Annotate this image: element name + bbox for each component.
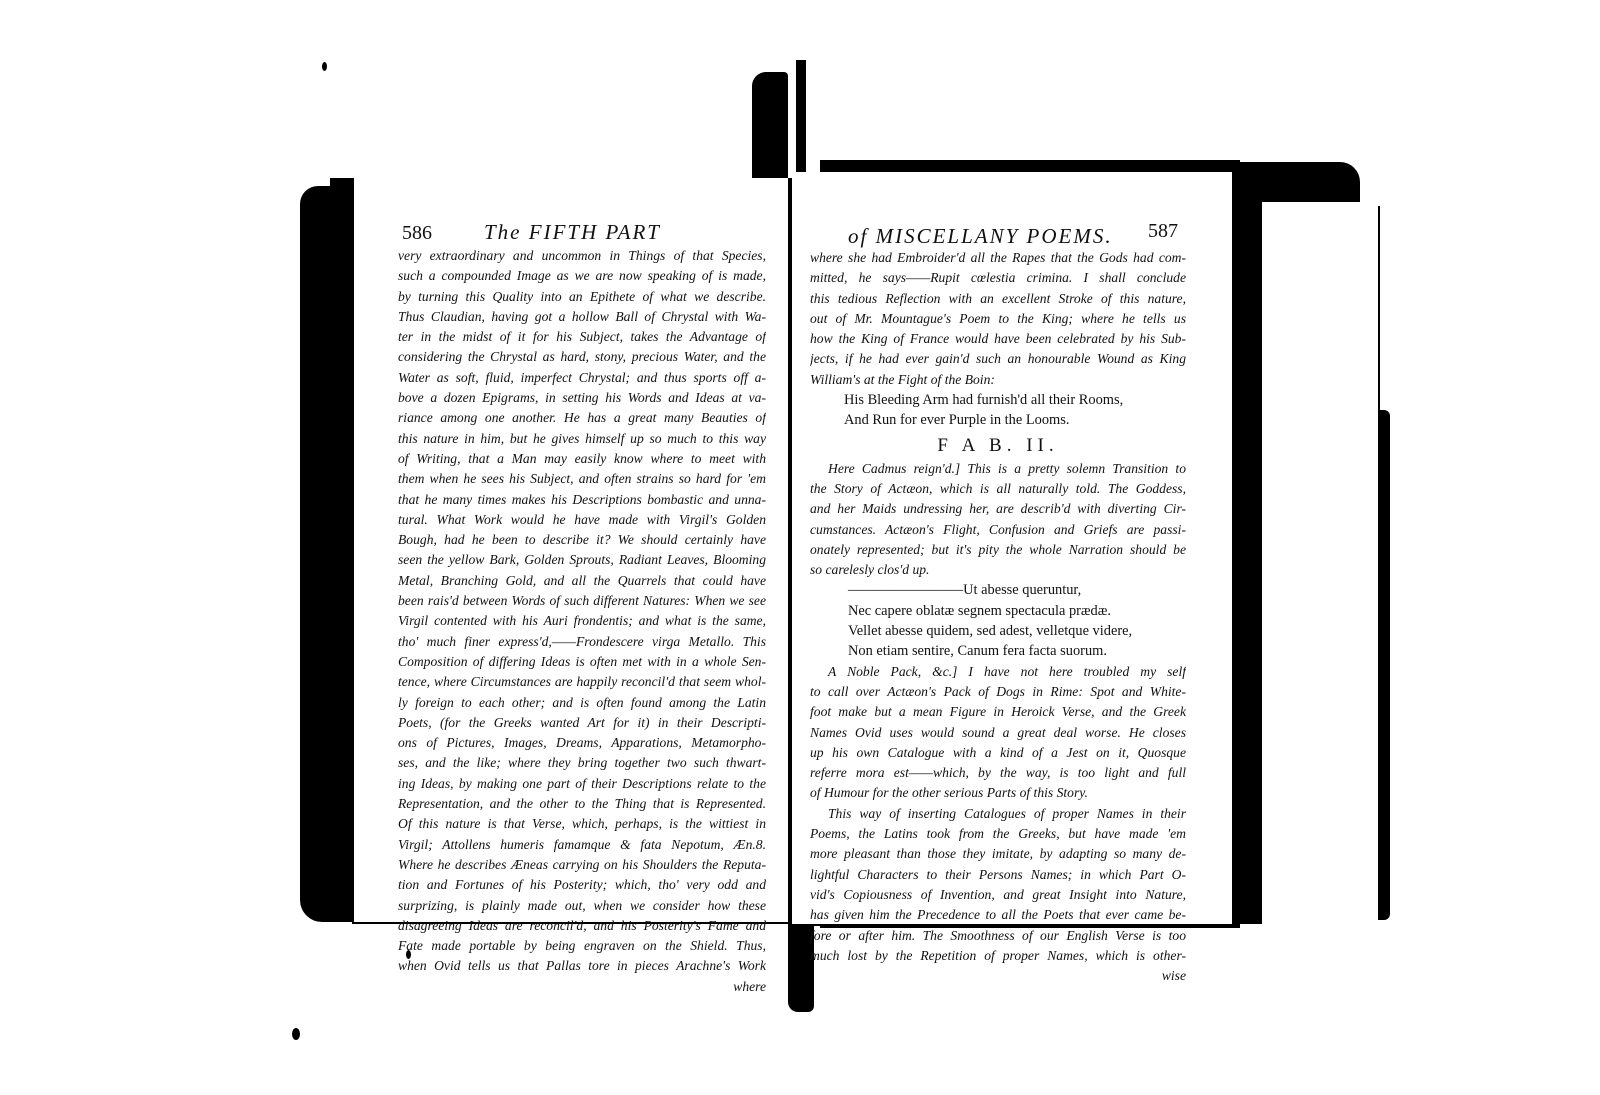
text-line: and her Maids undressing her, are descri… <box>810 499 1186 519</box>
text-line: fore or after him. The Smoothness of our… <box>810 926 1186 946</box>
text-line: tho' much finer express'd,——Frondescere … <box>398 632 766 652</box>
text-line: been rais'd between Words of such differ… <box>398 591 766 611</box>
text-line: up his own Catalogue with a kind of a Je… <box>810 743 1186 763</box>
text-line: to call over Actæon's Pack of Dogs in Ri… <box>810 682 1186 702</box>
catchword: where <box>398 977 766 997</box>
text-line: out of Mr. Mountague's Poem to the King;… <box>810 309 1186 329</box>
text-line: bove a dozen Epigrams, in setting his Wo… <box>398 388 766 408</box>
text-line: them when he sees his Subject, and often… <box>398 469 766 489</box>
text-line: mitted, he says——Rupit cœlestia crimina.… <box>810 268 1186 288</box>
text-line: that he many times makes his Description… <box>398 490 766 510</box>
text-line: Names Ovid uses would sound a great deal… <box>810 723 1186 743</box>
text-line: considering the Chrystal as hard, stony,… <box>398 347 766 367</box>
text-line: lightful Characters to their Persons Nam… <box>810 865 1186 885</box>
text-line: Fate made portable by being engraven on … <box>398 936 766 956</box>
text-line: much lost by the Repetition of proper Na… <box>810 946 1186 966</box>
section-heading: F A B. II. <box>810 431 1186 459</box>
text-line: vid's Copiousness of Invention, and grea… <box>810 885 1186 905</box>
text-line: Here Cadmus reign'd.] This is a pretty s… <box>810 459 1186 479</box>
text-line: A Noble Pack, &c.] I have not here troub… <box>810 662 1186 682</box>
text-line: cumstances. Actæon's Flight, Confusion a… <box>810 520 1186 540</box>
right-page-body: where she had Embroider'd all the Rapes … <box>810 248 1186 986</box>
text-line: Metal, Branching Gold, and all the Quarr… <box>398 571 766 591</box>
text-line: very extraordinary and uncommon in Thing… <box>398 246 766 266</box>
text-line: this tedious Reflection with an excellen… <box>810 289 1186 309</box>
text-line: referre mora est——which, by the way, is … <box>810 763 1186 783</box>
text-line: disagreeing Ideas are reconcil'd, and hi… <box>398 916 766 936</box>
text-line: foot make but a mean Figure in Heroick V… <box>810 702 1186 722</box>
right-cover-flap <box>1262 206 1380 920</box>
text-line: so carelesly clos'd up. <box>810 560 1186 580</box>
text-line: the Story of Actæon, which is all natura… <box>810 479 1186 499</box>
text-line: has given him the Precedence to all the … <box>810 905 1186 925</box>
right-page-number: 587 <box>1148 220 1178 243</box>
text-line: Virgil; Attollens humeris famamque & fat… <box>398 835 766 855</box>
left-page-body: very extraordinary and uncommon in Thing… <box>398 246 766 997</box>
text-line: this nature in him, but he gives himself… <box>398 429 766 449</box>
text-line: This way of inserting Catalogues of prop… <box>810 804 1186 824</box>
text-line: how the King of France would have been c… <box>810 329 1186 349</box>
text-line: ter in the midst of it for his Subject, … <box>398 327 766 347</box>
left-page-number: 586 <box>402 222 432 245</box>
verse-line: Nec capere oblatæ segnem spectacula præd… <box>810 601 1186 621</box>
right-board-edge <box>1232 168 1262 924</box>
text-line: of Humour for the other serious Parts of… <box>810 783 1186 803</box>
text-line: Poets, (for the Greeks wanted Art for it… <box>398 713 766 733</box>
verse-line: And Run for ever Purple in the Looms. <box>810 410 1186 430</box>
text-line: more pleasant than those they imitate, b… <box>810 844 1186 864</box>
text-line: ing Ideas, by making one part of their D… <box>398 774 766 794</box>
text-line: Virgil contented with his Auri frondenti… <box>398 611 766 631</box>
text-line: seen the yellow Bark, Golden Sprouts, Ra… <box>398 550 766 570</box>
text-line: William's at the Fight of the Boin: <box>810 370 1186 390</box>
text-line: Poems, the Latins took from the Greeks, … <box>810 824 1186 844</box>
text-line: tural. What Work would he have made with… <box>398 510 766 530</box>
text-line: such a compounded Image as we are now sp… <box>398 266 766 286</box>
text-line: Of this nature is that Verse, which, per… <box>398 814 766 834</box>
text-line: ly foreign to each other; and is often f… <box>398 693 766 713</box>
text-line: onately represented; but it's pity the w… <box>810 540 1186 560</box>
dust-speck <box>292 1028 300 1040</box>
spine-top-strip <box>796 60 806 178</box>
verse-line: His Bleeding Arm had furnish'd all their… <box>810 390 1186 410</box>
left-running-head: The FIFTH PART <box>484 220 661 245</box>
verse-line: Vellet abesse quidem, sed adest, velletq… <box>810 621 1186 641</box>
text-line: where she had Embroider'd all the Rapes … <box>810 248 1186 268</box>
right-running-head: of MISCELLANY POEMS. <box>848 224 1113 249</box>
text-line: tion and Fortunes of his Posterity; whic… <box>398 875 766 895</box>
verse-line: ————————Ut abesse queruntur, <box>810 580 1186 600</box>
text-line: Representation, and the other to the Thi… <box>398 794 766 814</box>
text-line: by turning this Quality into an Epithete… <box>398 287 766 307</box>
dust-speck <box>322 62 327 71</box>
catchword: wise <box>810 966 1186 986</box>
text-line: riance among one another. He has a great… <box>398 408 766 428</box>
text-line: ses, and the like; where they bring toge… <box>398 753 766 773</box>
text-line: of Writing, that a Man may easily know w… <box>398 449 766 469</box>
text-line: ons of Pictures, Images, Dreams, Apparat… <box>398 733 766 753</box>
text-line: tence, where Circumstances are happily r… <box>398 672 766 692</box>
spine-top <box>752 72 788 182</box>
text-line: when Ovid tells us that Pallas tore in p… <box>398 956 766 976</box>
text-line: Thus Claudian, having got a hollow Ball … <box>398 307 766 327</box>
text-line: Where he describes Æneas carrying on his… <box>398 855 766 875</box>
verse-line: Non etiam sentire, Canum fera facta suor… <box>810 641 1186 661</box>
text-line: Composition of differing Ideas is often … <box>398 652 766 672</box>
text-line: Water as soft, fluid, imperfect Chrystal… <box>398 368 766 388</box>
text-line: Bough, had he been to describe it? We sh… <box>398 530 766 550</box>
text-line: surprizing, is plainly made out, when we… <box>398 896 766 916</box>
text-line: jects, if he had ever gain'd such an hon… <box>810 349 1186 369</box>
